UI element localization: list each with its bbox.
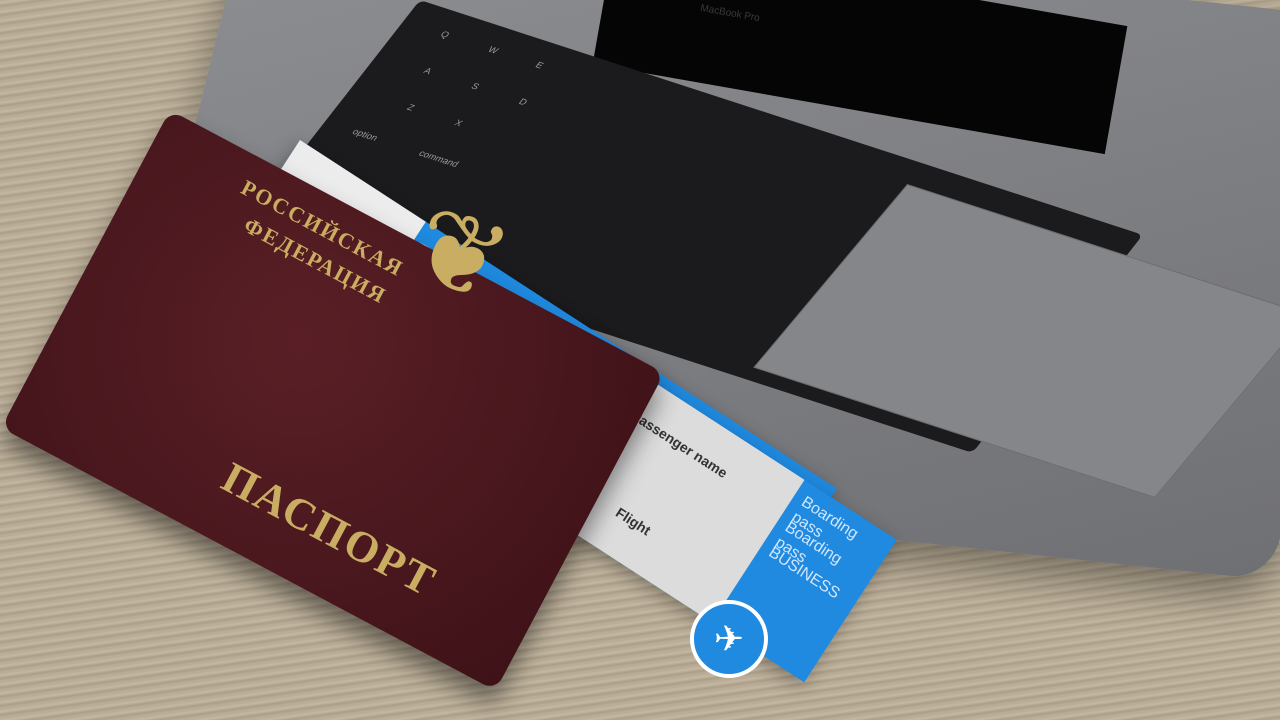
key-e: E — [533, 60, 545, 70]
airplane-icon: ✈ — [690, 600, 768, 678]
key-z: Z — [405, 102, 417, 112]
passport-title: ПАСПОРТ — [214, 452, 445, 607]
key-option: option — [350, 127, 380, 143]
key-w: W — [486, 45, 501, 56]
key-s: S — [469, 81, 481, 91]
key-d: D — [517, 97, 530, 107]
key-command: command — [417, 148, 461, 169]
field-flight: Flight — [613, 504, 654, 538]
key-x: X — [453, 118, 465, 128]
key-a: A — [422, 66, 434, 76]
key-q: Q — [438, 29, 451, 40]
